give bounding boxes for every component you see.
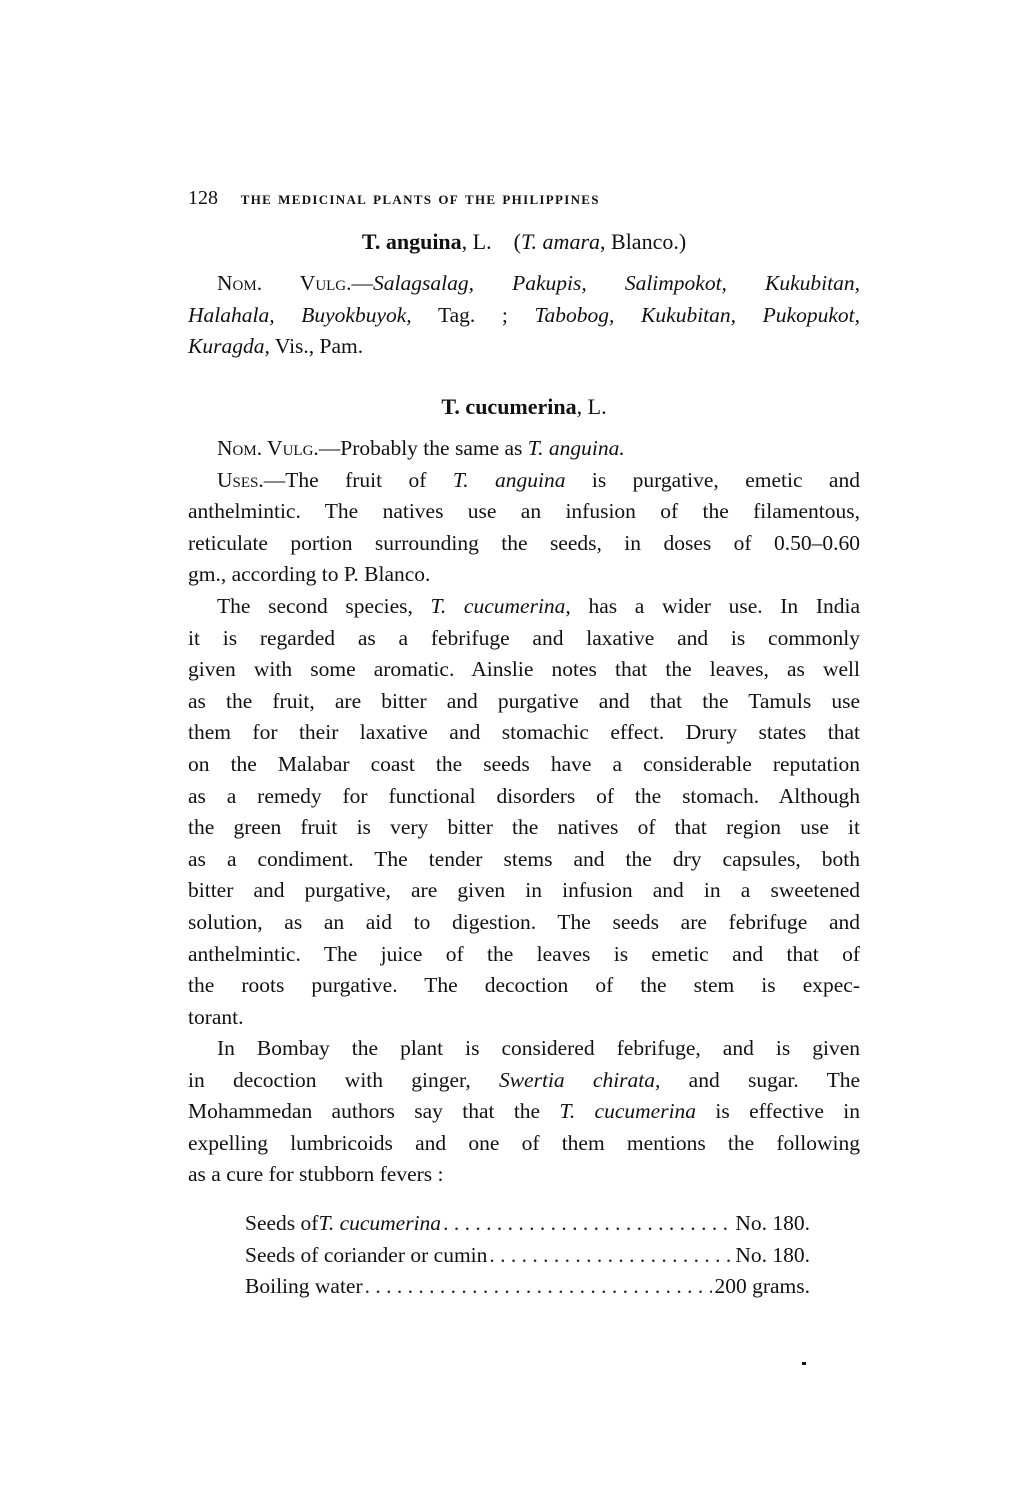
text-line: The second species, T. cucumerina, has a… [188, 591, 860, 623]
text-line: in decoction with ginger, Swertia chirat… [188, 1065, 860, 1097]
scan-speck [802, 1362, 806, 1365]
text-line: Mohammedan authors say that the T. cucum… [188, 1096, 860, 1128]
text-line: Nom. Vulg.—Probably the same as T. angui… [188, 433, 860, 465]
recipe-amount: No. 180. [735, 1240, 810, 1272]
text-line: as a condiment. The tender stems and the… [188, 844, 860, 876]
recipe-item: Seeds of T. cucumerina No. 180. [245, 1208, 810, 1240]
species-author: , L. [577, 394, 607, 419]
running-head: 128 THE MEDICINAL PLANTS OF THE PHILIPPI… [188, 186, 860, 211]
text-line: it is regarded as a febrifuge and laxati… [188, 623, 860, 655]
vernacular-names-anguina: Nom. Vulg.—Salagsalag, Pakupis, Salimpok… [188, 268, 860, 363]
paragraph-second-species: The second species, T. cucumerina, has a… [188, 591, 860, 1033]
text-line: them for their laxative and stomachic ef… [188, 717, 860, 749]
text-line: anthelmintic. The juice of the leaves is… [188, 939, 860, 971]
dot-leader [489, 1240, 733, 1272]
recipe-list: Seeds of T. cucumerina No. 180. Seeds of… [245, 1208, 810, 1303]
nom-vulg-label: Nom. Vulg. [217, 271, 352, 295]
recipe-amount: 200 grams. [714, 1271, 810, 1303]
dot-leader [365, 1271, 713, 1303]
recipe-item: Boiling water 200 grams. [245, 1271, 810, 1303]
species-name: T. anguina [362, 229, 462, 254]
species-heading-anguina: T. anguina, L. (T. amara, Blanco.) [188, 228, 860, 256]
text-line: expelling lumbricoids and one of them me… [188, 1128, 860, 1160]
uses-section: Nom. Vulg.—Probably the same as T. angui… [188, 433, 860, 591]
text-line: gm., according to P. Blanco. [188, 559, 860, 591]
text-line: the roots purgative. The decoction of th… [188, 970, 860, 1002]
text-line: reticulate portion surrounding the seeds… [188, 528, 860, 560]
text-line: anthelmintic. The natives use an infusio… [188, 496, 860, 528]
text-line: Halahala, Buyokbuyok, Tag. ; Tabobog, Ku… [188, 300, 860, 332]
text-line: the green fruit is very bitter the nativ… [188, 812, 860, 844]
text-line: Uses.—The fruit of T. anguina is purgati… [188, 465, 860, 497]
species-heading-cucumerina: T. cucumerina, L. [188, 393, 860, 421]
text-line: as the fruit, are bitter and purgative a… [188, 686, 860, 718]
dot-leader [443, 1208, 733, 1240]
species-author: , L. [462, 229, 492, 254]
text-line: as a remedy for functional disorders of … [188, 781, 860, 813]
synonym-name: T. amara [521, 229, 600, 254]
uses-label: Uses. [217, 468, 264, 492]
page-number: 128 [188, 187, 218, 209]
text-line: Kuragda, Vis., Pam. [188, 331, 860, 363]
text-line: bitter and purgative, are given in infus… [188, 875, 860, 907]
text-line: solution, as an aid to digestion. The se… [188, 907, 860, 939]
recipe-item: Seeds of coriander or cumin No. 180. [245, 1240, 810, 1272]
text-line: given with some aromatic. Ainslie notes … [188, 654, 860, 686]
text-line: In Bombay the plant is considered febrif… [188, 1033, 860, 1065]
paragraph-bombay: In Bombay the plant is considered febrif… [188, 1033, 860, 1191]
recipe-amount: No. 180. [735, 1208, 810, 1240]
species-name: T. cucumerina [441, 394, 576, 419]
text-line: as a cure for stubborn fevers : [188, 1159, 860, 1191]
book-title: THE MEDICINAL PLANTS OF THE PHILIPPINES [241, 188, 600, 209]
text-line: on the Malabar coast the seeds have a co… [188, 749, 860, 781]
text-line: Nom. Vulg.—Salagsalag, Pakupis, Salimpok… [188, 268, 860, 300]
text-line: torant. [188, 1002, 860, 1034]
nom-vulg-label: Nom. Vulg. [217, 436, 319, 460]
